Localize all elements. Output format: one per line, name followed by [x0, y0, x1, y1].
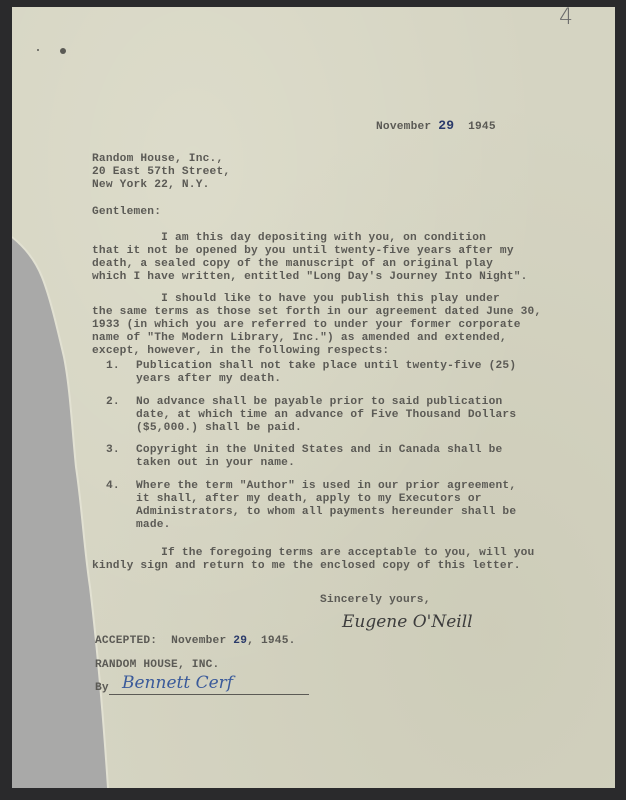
signature-line: [109, 694, 309, 695]
term-item-4: 4.Where the term "Author" is used in our…: [106, 480, 120, 493]
acceptance-company: RANDOM HOUSE, INC.: [95, 659, 219, 672]
publisher-signature: Bennett Cerf: [122, 673, 233, 693]
closing-paragraph: If the foregoing terms are acceptable to…: [92, 547, 534, 573]
acceptance-by-label: By: [95, 682, 109, 695]
term-item-3: 3.Copyright in the United States and in …: [106, 444, 120, 457]
term-item-2: 2.No advance shall be payable prior to s…: [106, 396, 120, 409]
closing: Sincerely yours,: [320, 594, 431, 607]
paper-speck: [60, 48, 66, 54]
term-item-1: 1.Publication shall not take place until…: [106, 360, 120, 373]
paragraph-deposit: I am this day depositing with you, on co…: [92, 232, 528, 284]
salutation: Gentlemen:: [92, 206, 161, 219]
paper-speck: [37, 49, 39, 51]
recipient-address: Random House, Inc.,20 East 57th Street,N…: [92, 153, 230, 192]
page-number: 4: [559, 7, 573, 30]
letter-page: 4 November 29 1945 Random House, Inc.,20…: [12, 7, 615, 788]
author-signature: Eugene O'Neill: [342, 612, 473, 632]
acceptance-line: ACCEPTED: November 29, 1945.: [95, 635, 296, 648]
letter-date: November 29 1945: [376, 119, 496, 134]
paragraph-terms-intro: I should like to have you publish this p…: [92, 293, 541, 358]
